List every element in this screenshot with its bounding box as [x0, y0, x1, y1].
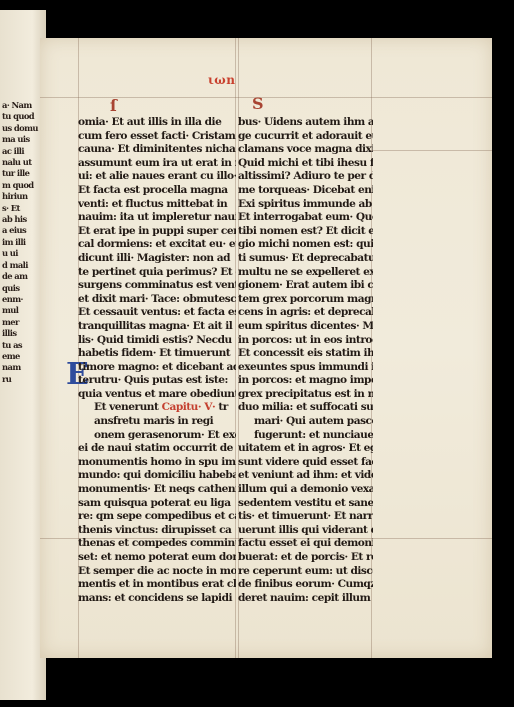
text-line: monumentis· Et neqs catheni [78, 483, 236, 497]
text-line: sunt videre quid esset facti: [238, 456, 373, 470]
text-line: Et venerunt Capitu· V· tr [78, 401, 236, 415]
text-line: de finibus eorum· Cumqz ascen [238, 578, 373, 592]
text-line: gio michi nomen est: quia mul [238, 238, 373, 252]
text-line: mentis et in montibus erat cla [78, 578, 236, 592]
text-line: tibi nomen est? Et dicit ei· Le [238, 225, 373, 239]
ruling-line-right-edge [370, 150, 492, 151]
text-line: Quid michi et tibi ihesu fili dei [238, 157, 373, 171]
text-line: ei de naui statim occurrit de [78, 442, 236, 456]
text-line: fugerunt: et nunciauerunt in ci [238, 429, 373, 443]
text-line: dicunt illi· Magister: non ad [78, 252, 236, 266]
text-column-left: omia· Et aut illis in illa diecum fero e… [78, 116, 236, 605]
initial-right-col: S [252, 94, 264, 113]
text-line: illum qui a demonio vexabatur [238, 483, 373, 497]
text-line: mans: et concidens se lapidi [78, 592, 236, 606]
text-line: venti: et fluctus mittebat in [78, 198, 236, 212]
text-line: cum fero esset facti· Cristam [78, 130, 236, 144]
text-line: Et cessauit ventus: et facta est [78, 306, 236, 320]
text-line: uerunt illis qui viderant qualiter [238, 524, 373, 538]
text-line: ge cucurrit et adorauit eu: et [238, 130, 373, 144]
text-line: ti sumus· Et deprecabatur eum [238, 252, 373, 266]
text-line: tem grex porcorum magnus pas [238, 293, 373, 307]
text-line: te pertinet quia perimus? Et ex [78, 266, 236, 280]
text-line: Exi spiritus immunde ab hoie isto· [238, 198, 373, 212]
text-line: uitatem et in agros· Et egressi [238, 442, 373, 456]
text-line: sedentem vestitu et sane me [238, 497, 373, 511]
text-line: in porcos: et magno impetu [238, 374, 373, 388]
text-line: et dixit mari· Tace: obmutesce· [78, 293, 236, 307]
text-line: thenis vinctus: dirupisset ca [78, 524, 236, 538]
text-line: duo milia: et suffocati sunt in [238, 401, 373, 415]
text-line: et veniunt ad ihm: et vident [238, 469, 373, 483]
text-line: eum spiritus dicentes· Mitte nos [238, 320, 373, 334]
text-line: cal dormiens: et excitat eu· et [78, 238, 236, 252]
text-line: grex precipitatus est in mari ad [238, 388, 373, 402]
text-line: factu esset ei qui demoniu ha [238, 537, 373, 551]
text-line: mundo: qui domiciliu habebat i [78, 469, 236, 483]
text-line: tis· et timuerunt· Et narra [238, 510, 373, 524]
text-line: quia ventus et mare obediunt [78, 388, 236, 402]
text-line: assumunt eum ira ut erat in na [78, 157, 236, 171]
text-column-right: bus· Uidens autem ihm a loge cucurrit et… [238, 116, 373, 605]
text-line: cens in agris: et deprecabantur [238, 306, 373, 320]
text-line: bus· Uidens autem ihm a lo [238, 116, 373, 130]
text-line: Et concessit eis statim ihs· Et [238, 347, 373, 361]
text-line: gionem· Erat autem ibi circa mo [238, 279, 373, 293]
text-line: set: et nemo poterat eum domare· [78, 551, 236, 565]
text-line: re: qm sepe compedibus et ca [78, 510, 236, 524]
text-line: ansfretu maris in regi [78, 415, 236, 429]
ruling-line-top [40, 97, 492, 98]
text-line: mari· Qui autem pascebat eos [238, 415, 373, 429]
text-line: sam quisqua poterat eu liga [78, 497, 236, 511]
text-line: Et interrogabat eum· Quod [238, 211, 373, 225]
text-line: onem gerasenorum· Et exeunti [78, 429, 236, 443]
text-line: me torqueas· Dicebat enim illi· [238, 184, 373, 198]
text-line: altissimi? Adiuro te per deu ne [238, 170, 373, 184]
text-line: surgens comminatus est vento: [78, 279, 236, 293]
text-line: Et semper die ac nocte in monu [78, 565, 236, 579]
text-line: thenas et compedes comminuis [78, 537, 236, 551]
text-line: monumentis homo in spu im [78, 456, 236, 470]
text-line: multu ne se expelleret extra re [238, 266, 373, 280]
text-line: habetis fidem· Et timuerunt [78, 347, 236, 361]
running-title: ιωn [208, 73, 235, 87]
text-line: lis· Quid timidi estis? Necdu [78, 334, 236, 348]
text-line: nauim: ita ut impleretur nauis· [78, 211, 236, 225]
text-line: ui: et alie naues erant cu illo· [78, 170, 236, 184]
text-line: exeuntes spus immundi introierut [238, 361, 373, 375]
text-line: omia· Et aut illis in illa die [78, 116, 236, 130]
text-line: terutru· Quis putas est iste: [78, 374, 236, 388]
text-line: re ceperunt eum: ut discederet [238, 565, 373, 579]
text-line: clamans voce magna dixit· [238, 143, 373, 157]
text-line: Et erat ipe in puppi super cerui [78, 225, 236, 239]
chapter-rubric: Capitu· V· [162, 401, 216, 413]
initial-left-col: ſ [110, 96, 117, 115]
text-line: deret nauim: cepit illum qui [238, 592, 373, 606]
text-line: cauna· Et diminitentes nicha [78, 143, 236, 157]
text-line: tranquillitas magna· Et ait il [78, 320, 236, 334]
text-line: timore magno: et dicebant ad al [78, 361, 236, 375]
text-line: in porcos: ut in eos introeamus· [238, 334, 373, 348]
text-line: Et facta est procella magna [78, 184, 236, 198]
text-line: buerat: et de porcis· Et roga [238, 551, 373, 565]
